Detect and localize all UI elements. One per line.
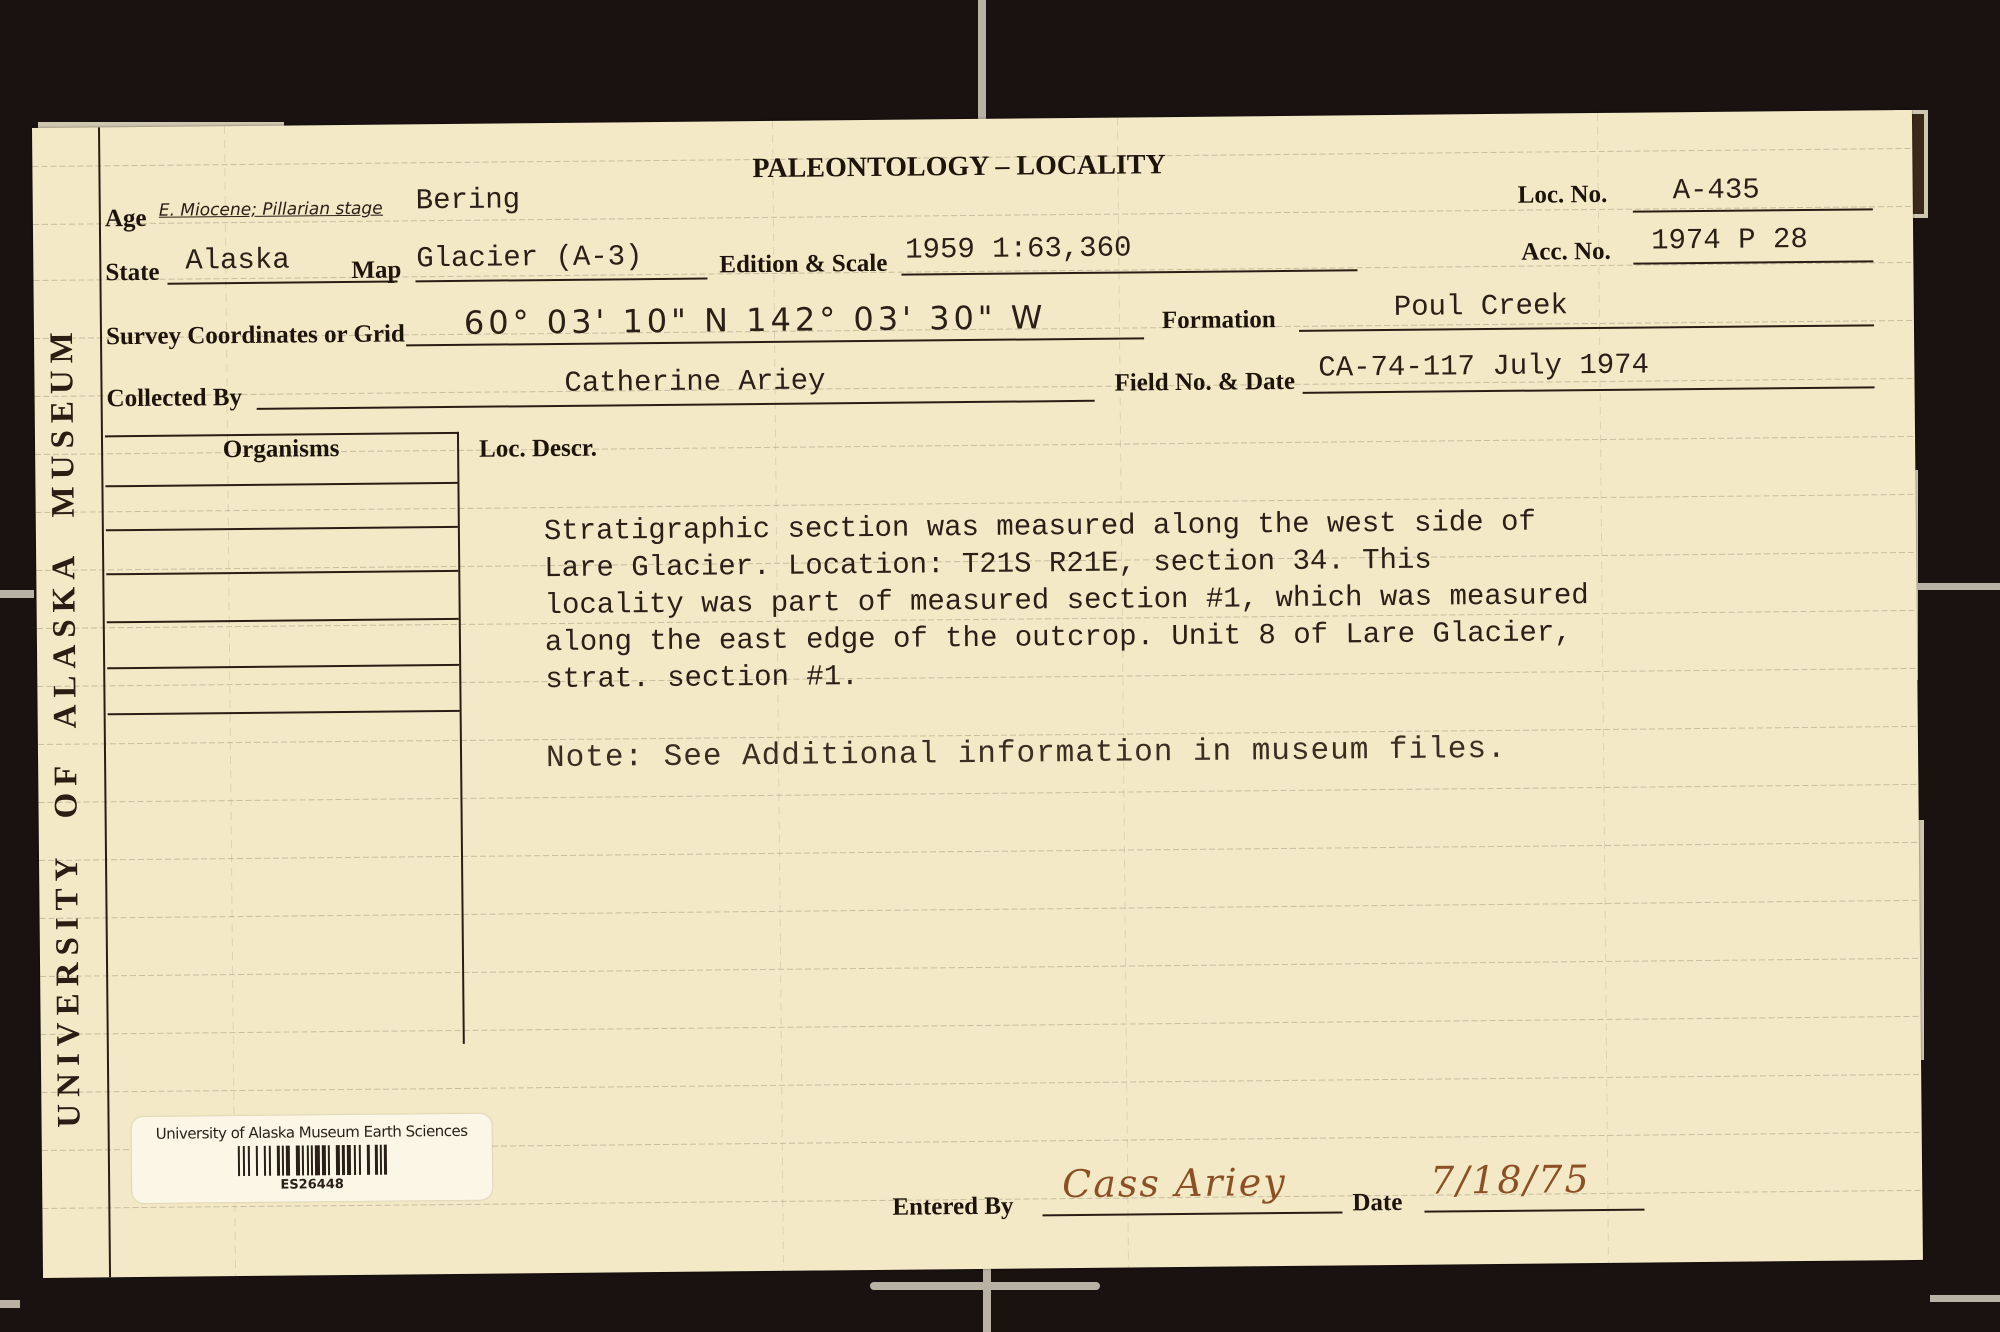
barcode-label: University of Alaska Museum Earth Scienc…	[131, 1114, 492, 1203]
barcode-icon	[132, 1144, 492, 1177]
age-value: E. Miocene; Pillarian stage	[159, 199, 383, 221]
state-value: Alaska	[185, 244, 290, 278]
formation-value: Poul Creek	[1394, 289, 1568, 324]
entered-by-signature: Cass Ariey	[1062, 1160, 1287, 1206]
field-no-date-underline	[1303, 386, 1875, 393]
barcode-number: ES26448	[132, 1176, 492, 1194]
map-underline	[415, 278, 707, 283]
age-label: Age	[105, 205, 147, 233]
state-label: State	[105, 259, 159, 288]
organisms-table: Organisms	[105, 432, 465, 1047]
registration-line-right	[1910, 583, 2000, 590]
field-no-date-label: Field No. & Date	[1114, 368, 1295, 398]
map-value-line1: Bering	[416, 183, 521, 217]
loc-descr-text: Stratigraphic section was measured along…	[544, 502, 1746, 699]
map-label: Map	[351, 256, 401, 284]
organisms-header: Organisms	[105, 434, 457, 465]
survey-coords-value: 60° 03' 10" N 142° 03' 30" W	[464, 298, 1047, 342]
formation-label: Formation	[1162, 306, 1276, 335]
barcode-institution: University of Alaska Museum Earth Scienc…	[132, 1122, 492, 1143]
acc-no-label: Acc. No.	[1521, 238, 1611, 267]
edition-scale-label: Edition & Scale	[719, 250, 887, 280]
loc-descr-label: Loc. Descr.	[479, 435, 597, 464]
spine-institution-text: UNIVERSITY OF ALASKA MUSEUM	[43, 268, 88, 1128]
registration-line-top	[978, 0, 986, 130]
acc-no-value: 1974 P 28	[1651, 223, 1808, 258]
locality-card: UNIVERSITY OF ALASKA MUSEUM PALEONTOLOGY…	[32, 110, 1923, 1278]
entered-by-underline	[1042, 1211, 1342, 1216]
loc-no-value: A-435	[1673, 173, 1760, 207]
card-title: PALEONTOLOGY – LOCALITY	[752, 149, 1166, 185]
registration-line-bottom-v	[983, 1260, 991, 1332]
field-no-date-value: CA-74-117 July 1974	[1318, 348, 1649, 384]
registration-line-left	[0, 590, 34, 598]
entered-by-label: Entered By	[892, 1193, 1013, 1222]
collected-by-value: Catherine Ariey	[564, 364, 825, 400]
registration-line-bottom-h	[870, 1282, 1100, 1290]
organisms-row	[106, 570, 458, 575]
registration-line-bottom-left	[0, 1300, 20, 1308]
entered-date-value: 7/18/75	[1430, 1157, 1591, 1203]
organisms-row	[106, 526, 458, 531]
organisms-row	[108, 710, 460, 715]
survey-coords-label: Survey Coordinates or Grid	[106, 320, 405, 351]
form-rule	[41, 1074, 1921, 1093]
edition-scale-value: 1959 1:63,360	[905, 231, 1132, 266]
map-value-line2: Glacier (A-3)	[416, 240, 643, 275]
registration-line-bottom-right	[1930, 1295, 2000, 1302]
organisms-row	[105, 482, 457, 487]
collected-by-underline	[257, 400, 1095, 410]
collected-by-label: Collected By	[106, 384, 242, 413]
entered-date-label: Date	[1352, 1189, 1402, 1217]
loc-no-label: Loc. No.	[1518, 181, 1608, 210]
organisms-row	[107, 618, 459, 623]
entered-date-underline	[1424, 1209, 1644, 1213]
organisms-row	[107, 664, 459, 669]
